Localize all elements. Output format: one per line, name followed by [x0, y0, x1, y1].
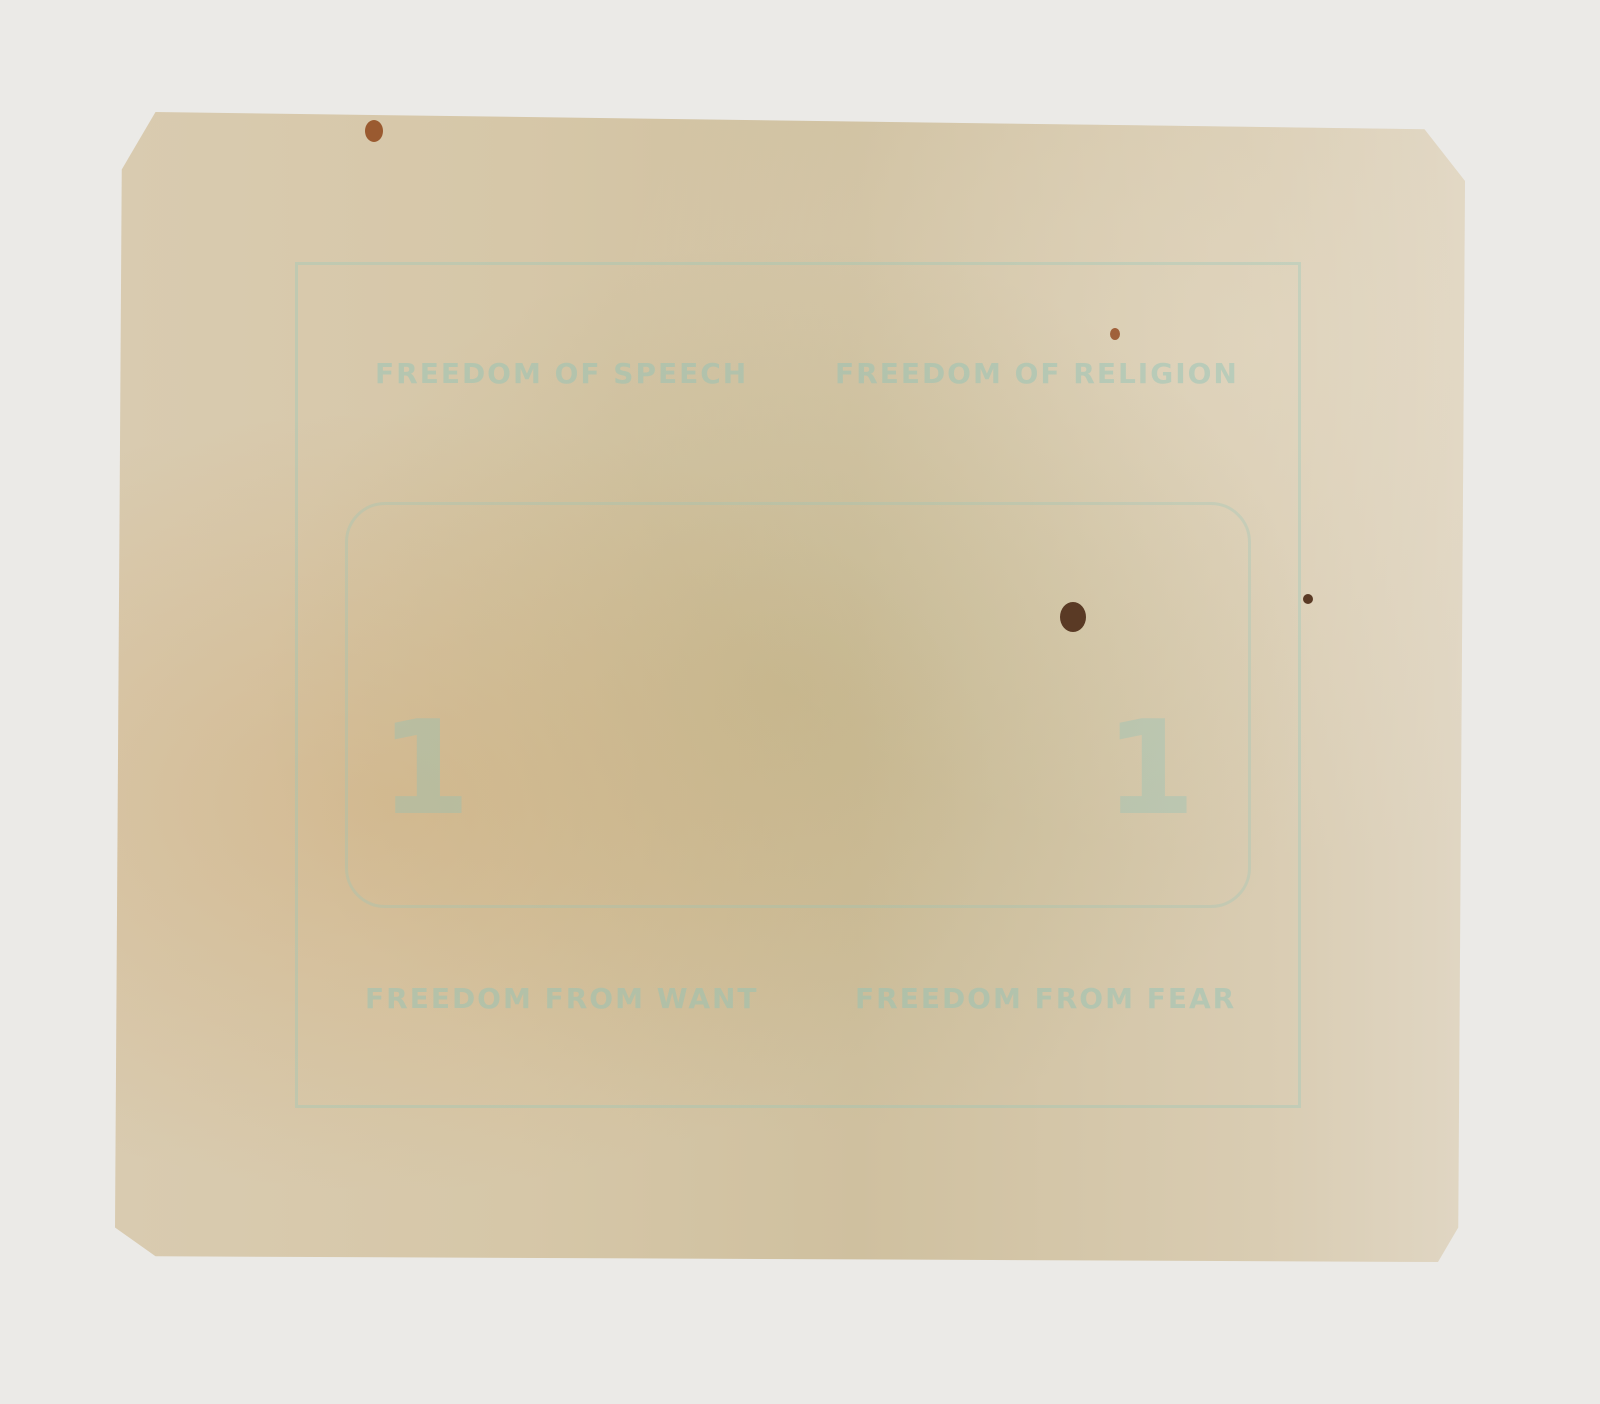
denomination-left: 1: [380, 692, 470, 844]
stain: [1303, 594, 1313, 604]
text-freedom-religion: FREEDOM OF RELIGION: [835, 357, 1239, 390]
stain: [365, 120, 383, 142]
text-freedom-want: FREEDOM FROM WANT: [365, 982, 759, 1015]
stain: [1110, 328, 1120, 340]
stain: [1060, 602, 1086, 632]
text-freedom-speech: FREEDOM OF SPEECH: [375, 357, 748, 390]
banknote: FREEDOM OF SPEECH FREEDOM OF RELIGION FR…: [115, 112, 1465, 1262]
text-freedom-fear: FREEDOM FROM FEAR: [855, 982, 1236, 1015]
denomination-right: 1: [1105, 692, 1195, 844]
